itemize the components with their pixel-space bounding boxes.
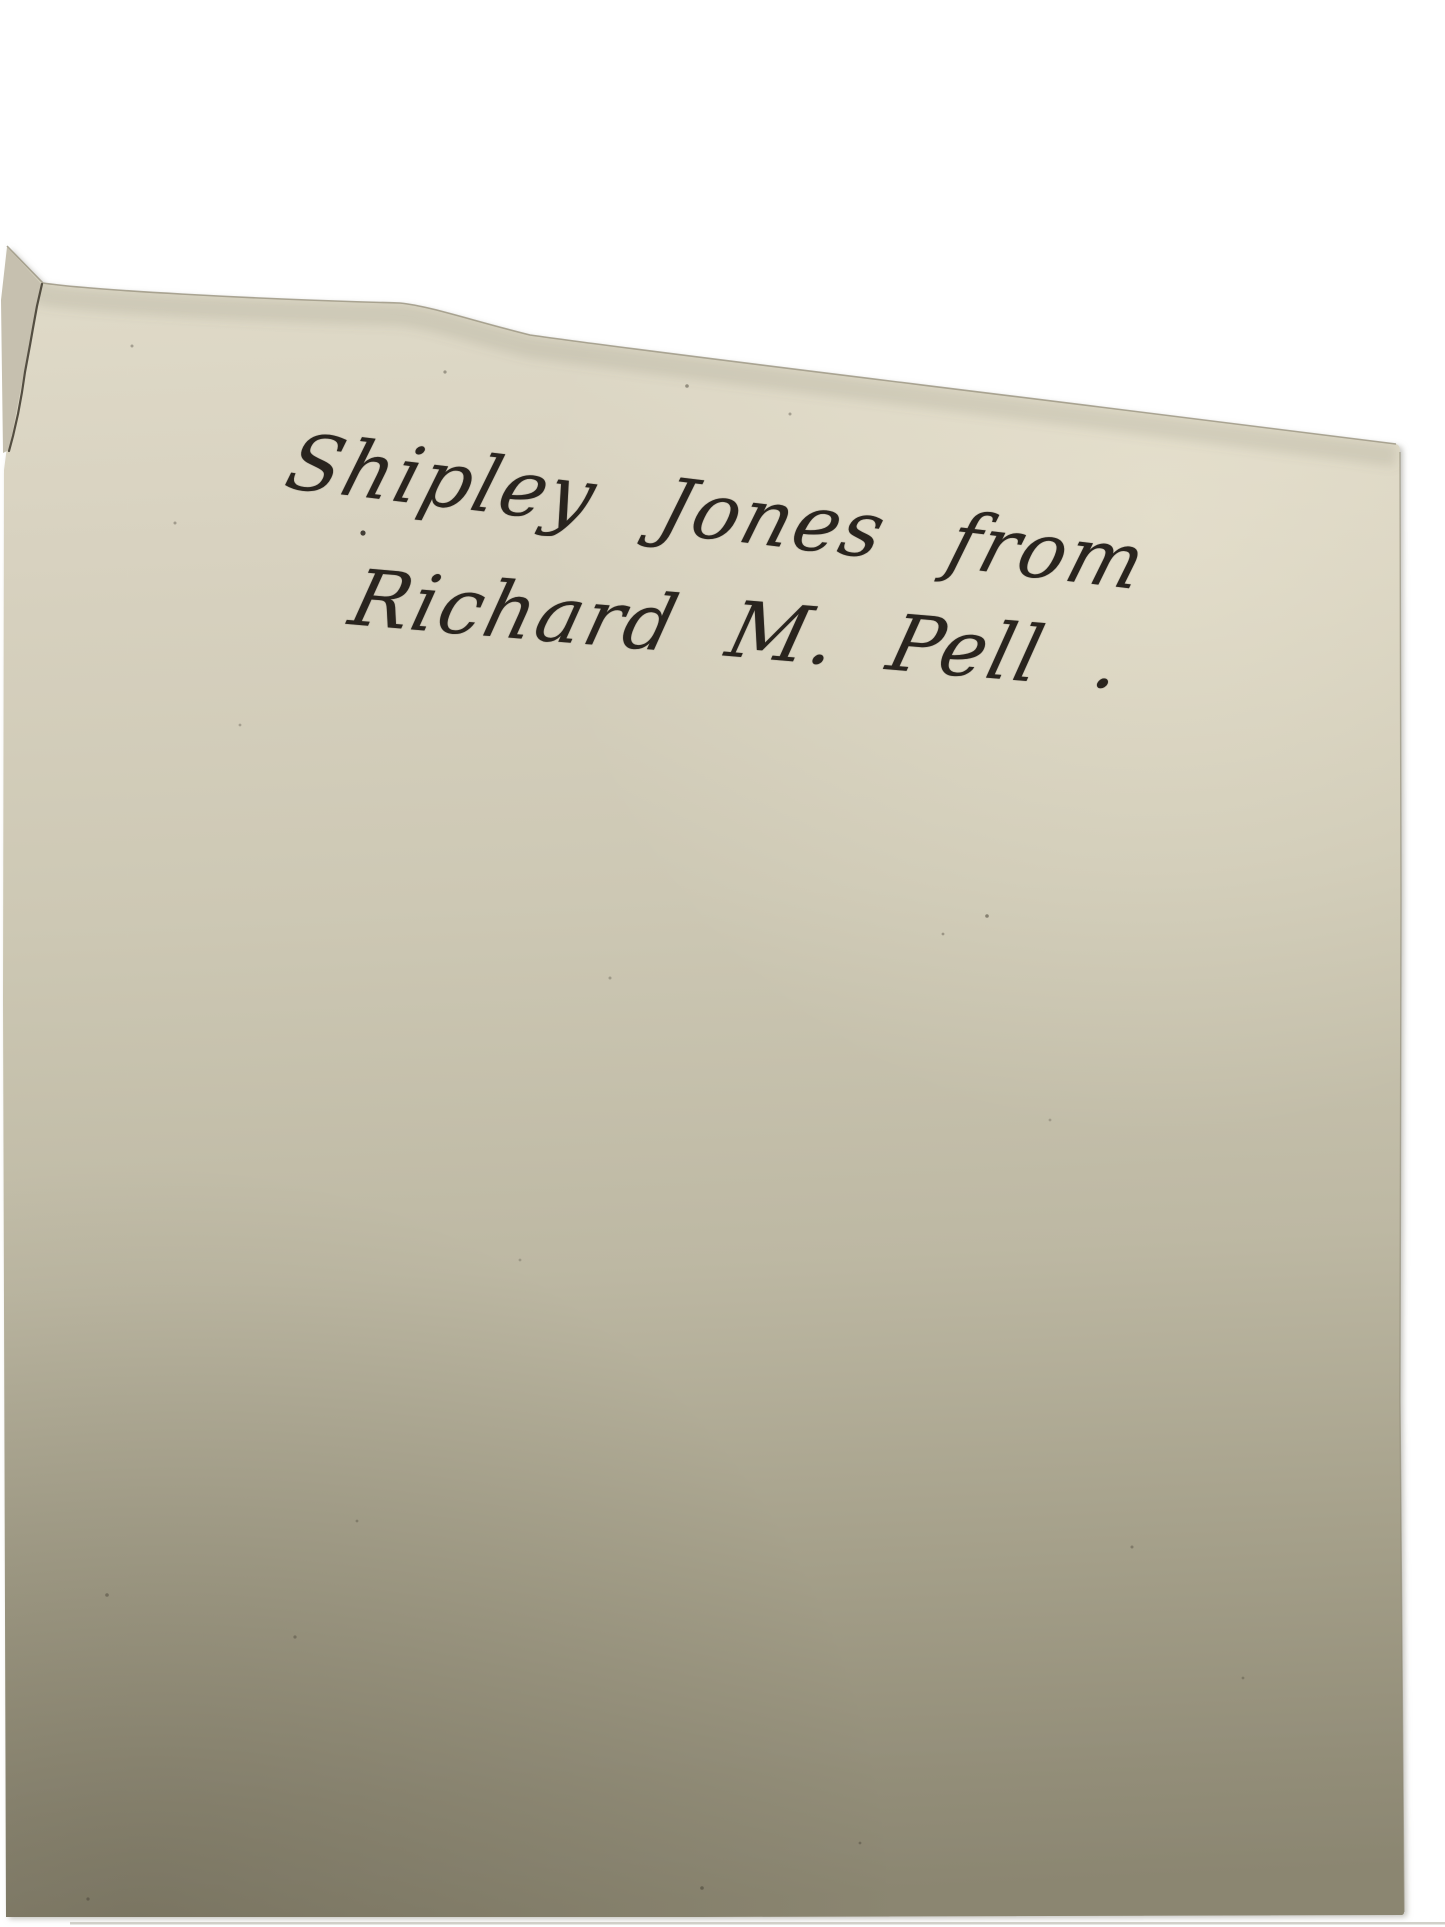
speck (985, 914, 989, 918)
speck (443, 370, 446, 373)
speck (239, 724, 242, 727)
speck (174, 522, 177, 525)
ink-dot (360, 530, 365, 535)
speck (293, 1635, 296, 1638)
speck (789, 413, 792, 416)
speck (700, 1886, 704, 1890)
speck (609, 977, 612, 980)
shadow-bottom-left (0, 0, 1445, 1927)
speck (519, 1259, 522, 1262)
speck (1049, 1119, 1052, 1122)
speck (685, 384, 689, 388)
page-shape (0, 0, 1445, 1927)
speck (942, 933, 945, 936)
speck (1131, 1546, 1134, 1549)
book-page (0, 0, 1445, 1927)
page-shading (0, 0, 1445, 1927)
speck (105, 1593, 109, 1597)
photo: Shipley Jones from Richard M. Pell . (0, 0, 1445, 1927)
speck (859, 1842, 862, 1845)
speck (1242, 1677, 1245, 1680)
speck (86, 1897, 89, 1900)
bottom-crop-line (70, 1922, 1445, 1925)
speck (356, 1520, 359, 1523)
speck (131, 345, 134, 348)
